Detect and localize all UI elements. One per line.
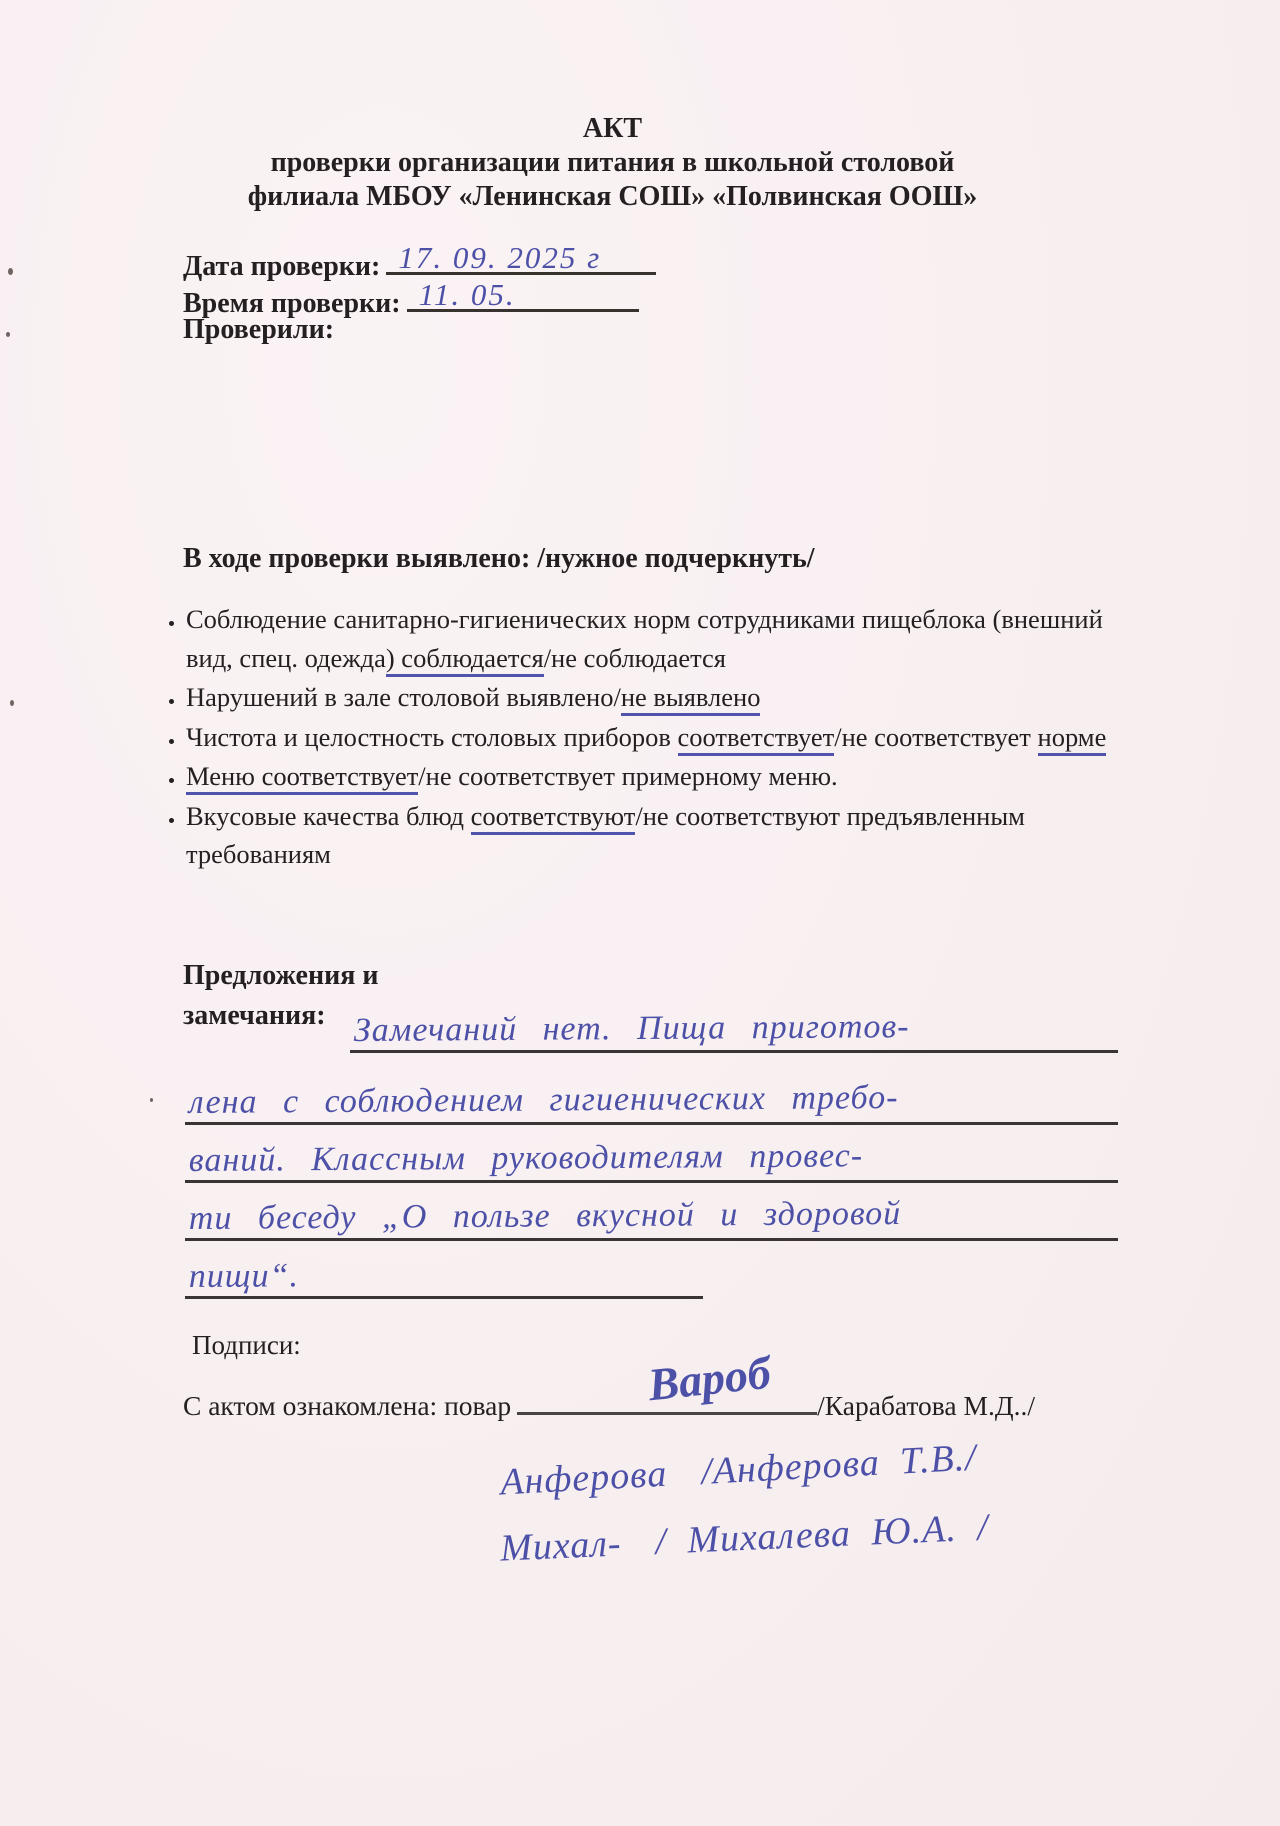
remarks-rule-4: ти беседу „О пользе вкусной и здоровой (185, 1188, 1118, 1241)
findings-heading: В ходе проверки выявлено: /нужное подчер… (183, 543, 815, 575)
checked-by-label: Проверили: (183, 314, 334, 346)
inspector-signature-row: Михал-/ Михалева Ю.А. / (499, 1505, 989, 1570)
remarks-rule-3: ваний. Классным руководителям провес- (185, 1130, 1118, 1183)
finding-item: Чистота и целостность столовых приборов … (186, 718, 1146, 757)
acquainted-row: С актом ознакомлена: повар /Карабатова М… (183, 1380, 1035, 1422)
time-handwritten-value: 11. 05. (419, 277, 516, 313)
inspector-signature-scribble: Михал- (499, 1522, 622, 1569)
signatures-label: Подписи: (192, 1330, 301, 1361)
scan-speck (10, 700, 14, 706)
document-title-block: АКТ проверки организации питания в школь… (0, 112, 1225, 214)
pen-underlined-choice: не выявлено (621, 682, 761, 716)
finding-item: Меню соответствует/не соответствует прим… (186, 757, 1146, 796)
finding-item: Соблюдение санитарно-гигиенических норм … (186, 600, 1146, 677)
pen-underlined-choice: соответствует (678, 722, 835, 756)
scanned-act-document: АКТ проверки организации питания в школь… (0, 0, 1280, 1826)
remarks-handwriting-5: пищи“. (189, 1257, 299, 1296)
scan-speck (6, 332, 10, 337)
suggestions-label-line1: Предложения и (183, 960, 379, 992)
finding-text: Вкусовые качества блюд (186, 801, 471, 831)
scan-speck (8, 268, 13, 275)
remarks-handwriting-2: лена с соблюдением гигиенических требо- (189, 1079, 899, 1122)
document-subtitle-2: филиала МБОУ «Ленинская СОШ» «Полвинская… (0, 180, 1225, 214)
inspector-signature-row: Анферова/Анферова Т.В./ (499, 1436, 978, 1505)
pen-underlined-choice: соответствуют (471, 801, 636, 835)
inspector-signature-name: /Анферова Т.В./ (700, 1437, 978, 1493)
time-blank-line: 11. 05. (407, 277, 639, 312)
findings-list: Соблюдение санитарно-гигиенических норм … (150, 600, 1146, 875)
inspector-signature-name: / Михалева Ю.А. / (654, 1506, 989, 1563)
checked-by-row: Проверили: (183, 314, 334, 352)
acquainted-text: С актом ознакомлена: повар (183, 1390, 511, 1422)
date-field-row: Дата проверки: 17. 09. 2025 г (183, 240, 656, 278)
finding-text: Чистота и целостность столовых приборов (186, 722, 678, 752)
pen-underlined-choice: норме (1038, 722, 1107, 756)
finding-item: Вкусовые качества блюд соответствуют/не … (186, 797, 1146, 874)
remarks-handwriting-3: ваний. Классным руководителям провес- (189, 1137, 863, 1180)
inspector-signature-scribble: Анферова (499, 1453, 668, 1504)
remarks-handwriting-1: Замечаний нет. Пища приготов- (354, 1008, 910, 1050)
finding-text: /не соблюдается (544, 643, 726, 673)
remarks-rule-2: лена с соблюдением гигиенических требо- (185, 1072, 1118, 1125)
acquainted-name: /Карабатова М.Д../ (817, 1390, 1035, 1422)
suggestions-label-line2: замечания: (183, 1000, 326, 1032)
remarks-rule-5: пищи“. (185, 1246, 703, 1299)
time-field-row: Время проверки: 11. 05. (183, 277, 639, 315)
finding-text: /не соответствует примерному меню. (418, 761, 837, 791)
finding-item: Нарушений в зале столовой выявлено/не вы… (186, 678, 1146, 717)
date-handwritten-value: 17. 09. 2025 г (398, 240, 601, 276)
remarks-handwriting-4: ти беседу „О пользе вкусной и здоровой (189, 1195, 902, 1238)
date-blank-line: 17. 09. 2025 г (386, 240, 656, 275)
remarks-rule-1: Замечаний нет. Пища приготов- (350, 1000, 1118, 1053)
finding-text: Нарушений в зале столовой выявлено/ (186, 682, 621, 712)
pen-underlined-choice: ) соблюдается (386, 643, 544, 677)
document-subtitle-1: проверки организации питания в школьной … (0, 146, 1225, 180)
scan-speck (150, 1098, 153, 1102)
finding-text: /не соответствует (834, 722, 1037, 752)
document-title: АКТ (0, 112, 1225, 146)
pen-underlined-choice: Меню соответствует (186, 761, 418, 795)
